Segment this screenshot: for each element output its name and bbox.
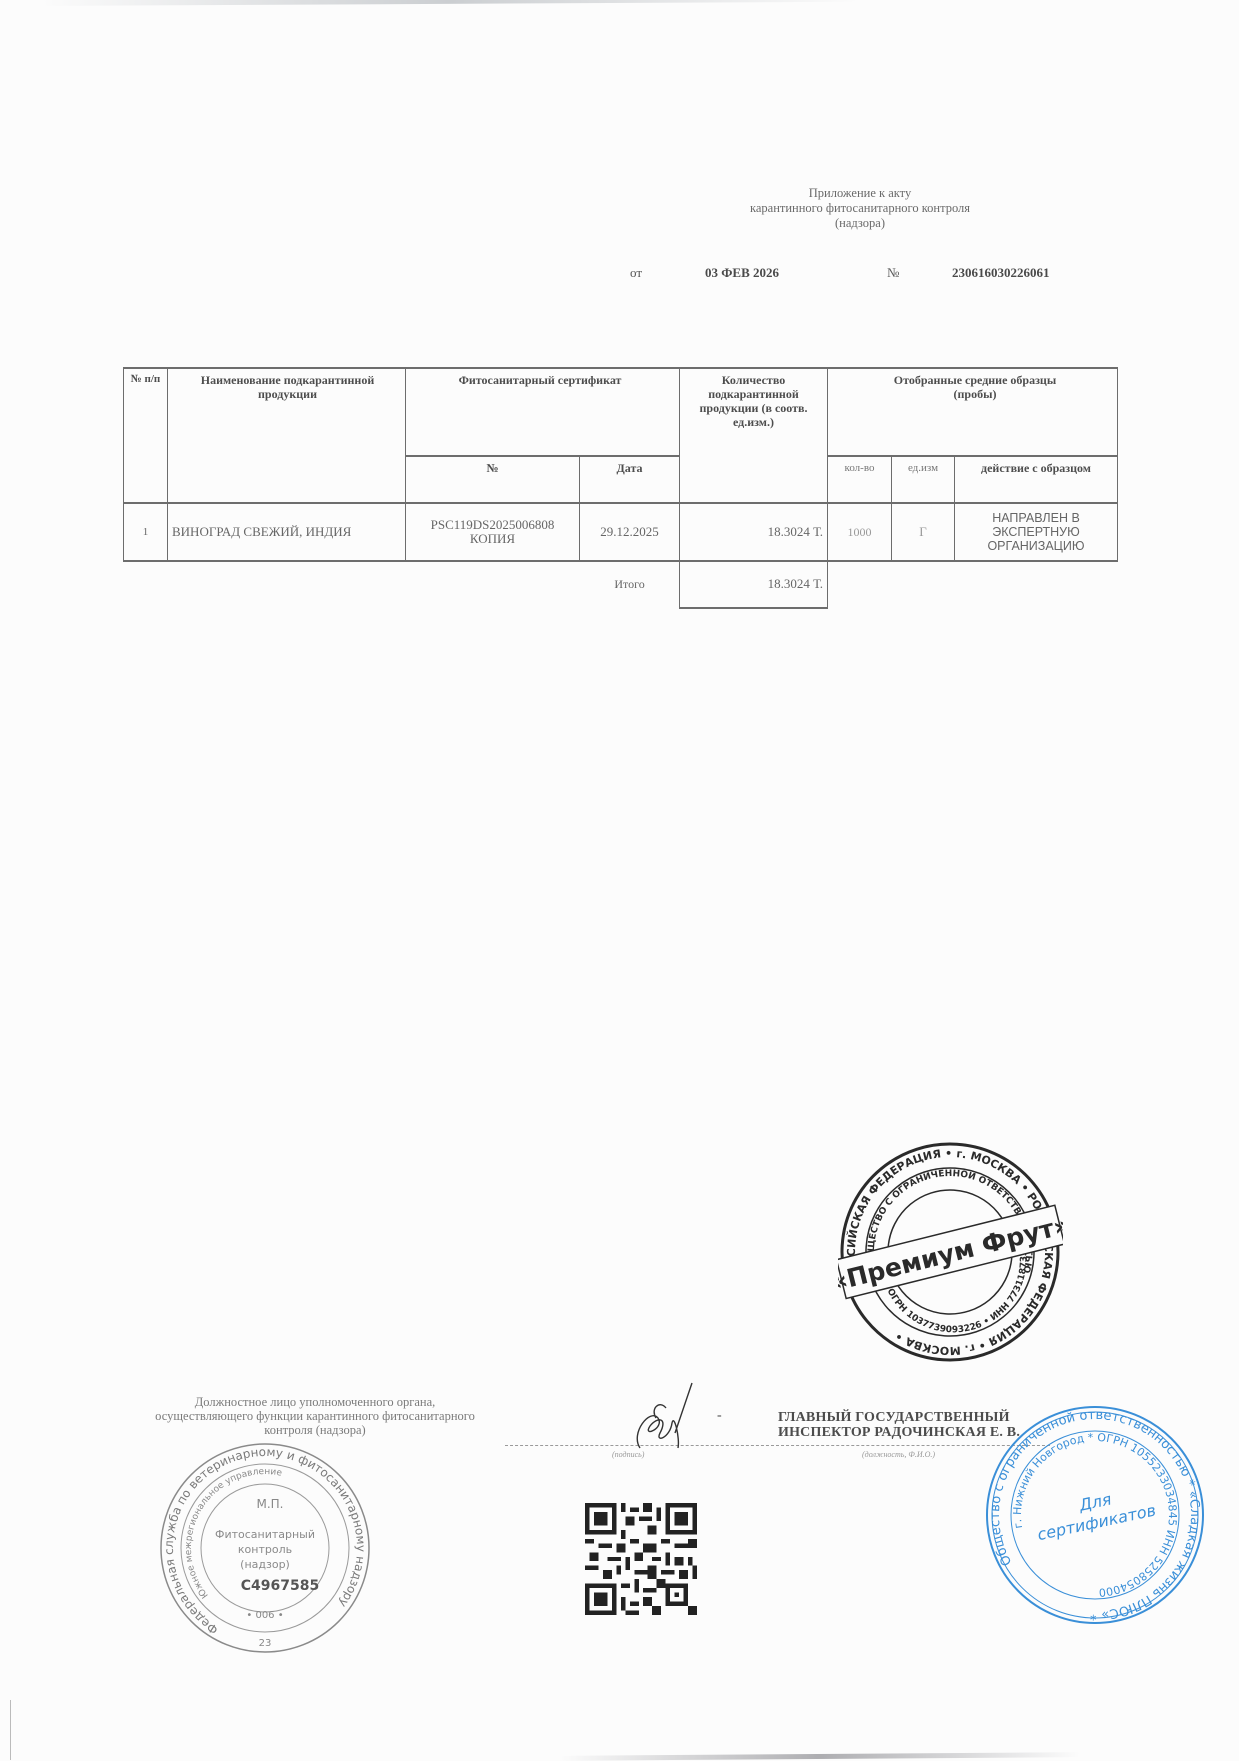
act-date: 03 ФЕВ 2026	[705, 265, 779, 281]
row-1-sample-unit: Г	[892, 503, 954, 560]
row-1-certificate-date: 29.12.2025	[580, 503, 679, 560]
scan-edge-left	[10, 1700, 11, 1760]
scan-edge-top	[40, 0, 860, 6]
total-box-bottom	[679, 607, 828, 609]
premium-frut-stamp: РОССИЙСКАЯ ФЕДЕРАЦИЯ • г. МОСКВА • РОССИ…	[838, 1140, 1063, 1370]
svg-text:(надзор): (надзор)	[240, 1558, 290, 1571]
heading-line-3: (надзора)	[700, 216, 1020, 231]
scan-edge-bottom	[560, 1752, 1080, 1761]
official-caption: Должностное лицо уполномоченного органа,…	[150, 1395, 480, 1437]
header-certificate-date: Дата	[580, 456, 679, 502]
col-divider-7	[954, 455, 955, 561]
sladkaya-zhizn-stamp: Общество с ограниченной ответственностью…	[980, 1400, 1210, 1635]
svg-text:Фитосанитарный: Фитосанитарный	[215, 1528, 315, 1541]
total-label: Итого	[580, 561, 679, 607]
rosselkhoznadzor-stamp: Федеральная служба по ветеринарному и фи…	[155, 1438, 375, 1663]
document-heading: Приложение к акту карантинного фитосанит…	[700, 186, 1020, 231]
signature-sublabel: (подпись)	[612, 1450, 644, 1459]
header-samples: Отобранные средние образцы (пробы)	[880, 368, 1070, 455]
header-quantity: Количество подкарантинной продукции (в с…	[680, 368, 827, 455]
header-sample-action: действие с образцом	[975, 456, 1097, 502]
heading-line-2: карантинного фитосанитарного контроля	[700, 201, 1020, 216]
row-1-sample-action: НАПРАВЛЕН В ЭКСПЕРТНУЮ ОРГАНИЗАЦИЮ	[968, 503, 1104, 560]
table-border-right	[1117, 367, 1118, 561]
number-label: №	[887, 265, 899, 281]
signature-line	[505, 1445, 1050, 1447]
mp-label: М.П.	[256, 1497, 283, 1511]
qr-code	[585, 1503, 697, 1615]
inspector-sublabel: (должность, Ф.И.О.)	[862, 1450, 935, 1459]
header-certificate-number: №	[406, 456, 579, 502]
stamp-code: С4967585	[241, 1578, 319, 1594]
signature-dash: -	[717, 1408, 722, 1424]
act-number: 230616030226061	[952, 265, 1050, 281]
heading-line-1: Приложение к акту	[700, 186, 1020, 201]
row-1-certificate-number: PSC119DS2025006808 КОПИЯ	[410, 503, 575, 560]
row-1-product-name: ВИНОГРАД СВЕЖИЙ, ИНДИЯ	[168, 503, 405, 560]
row-1-index: 1	[124, 503, 167, 560]
header-certificate: Фитосанитарный сертификат	[440, 368, 640, 455]
svg-text:контроль: контроль	[238, 1543, 292, 1556]
svg-text:23: 23	[259, 1638, 272, 1649]
from-label: от	[630, 265, 642, 281]
header-sample-unit: ед.изм	[892, 456, 954, 502]
svg-text:• 006 •: • 006 •	[246, 1610, 283, 1621]
total-value: 18.3024 Т.	[680, 561, 827, 607]
header-product-name: Наименование подкарантинной продукции	[190, 368, 385, 455]
header-sample-qty: кол-во	[828, 456, 891, 502]
row-1-quantity: 18.3024 Т.	[680, 503, 827, 560]
header-index: № п/п	[124, 368, 167, 455]
row-1-sample-qty: 1000	[828, 503, 891, 560]
